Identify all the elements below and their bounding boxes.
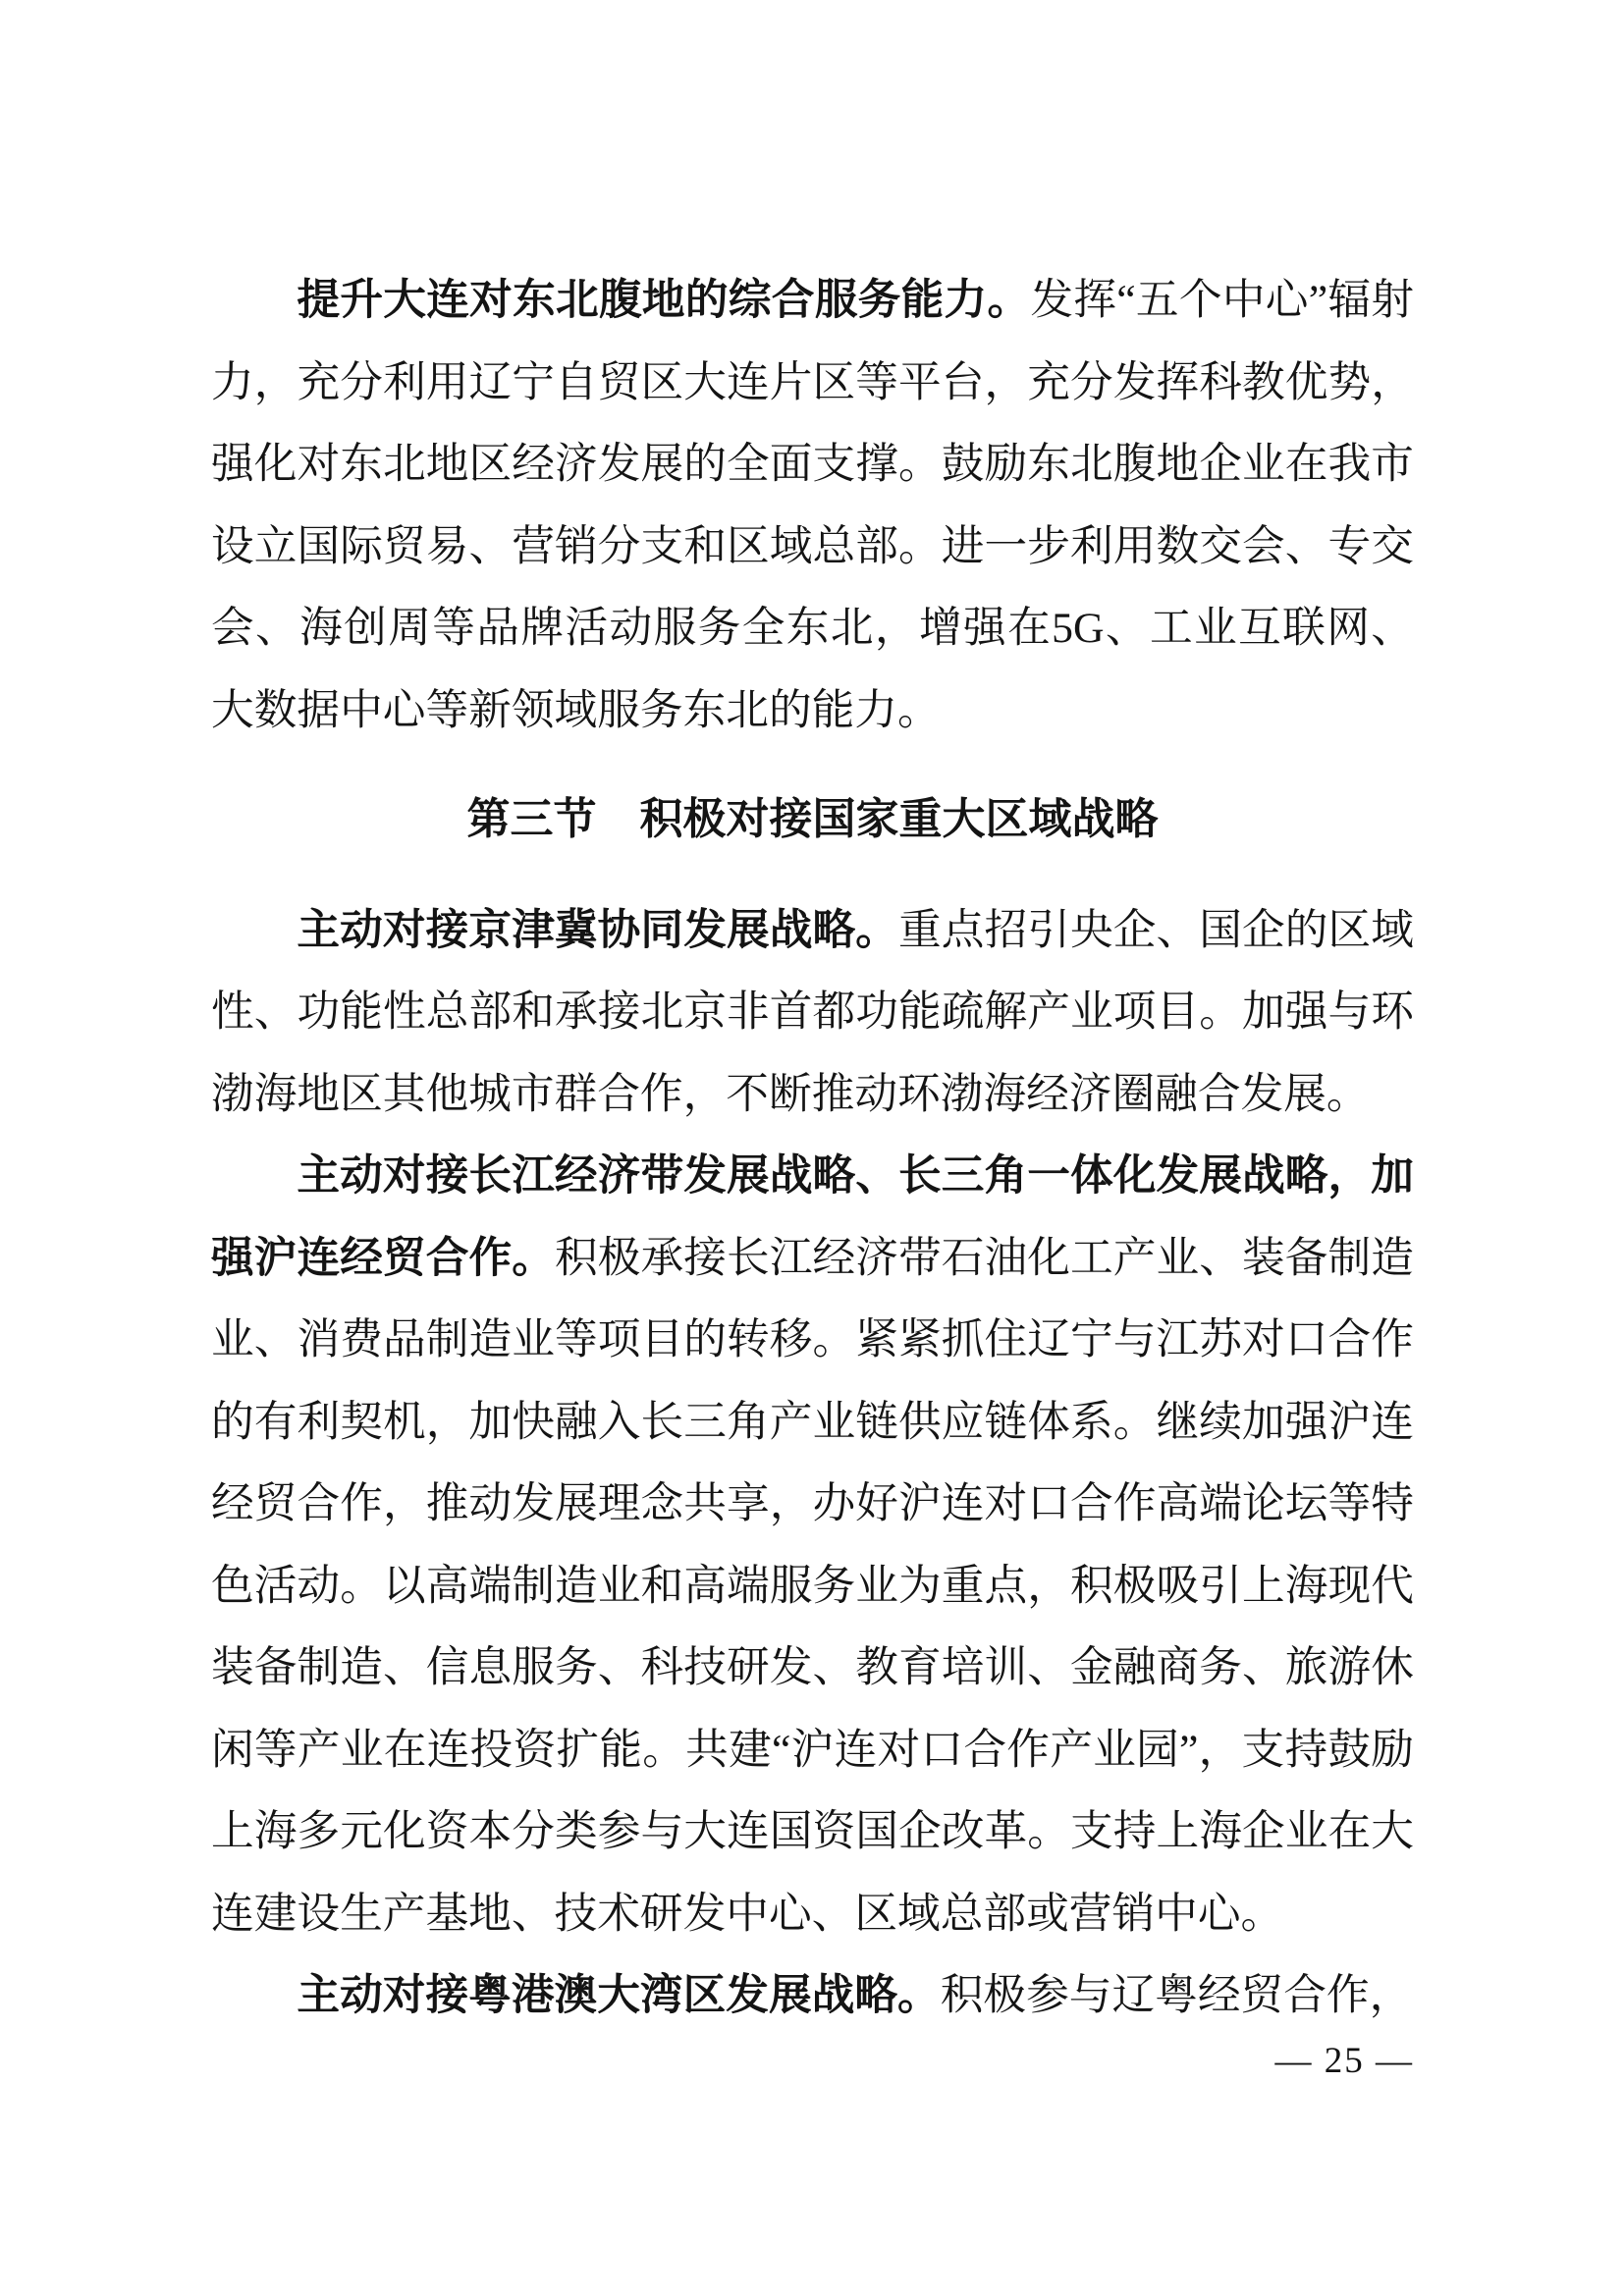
- section-heading: 第三节 积极对接国家重大区域战略: [211, 778, 1414, 861]
- paragraph-northeast-service: 提升大连对东北腹地的综合服务能力。发挥“五个中心”辐射力，充分利用辽宁自贸区大连…: [211, 260, 1414, 752]
- document-page: 提升大连对东北腹地的综合服务能力。发挥“五个中心”辐射力，充分利用辽宁自贸区大连…: [0, 0, 1624, 2296]
- document-body: 提升大连对东北腹地的综合服务能力。发挥“五个中心”辐射力，充分利用辽宁自贸区大连…: [211, 260, 1414, 2038]
- paragraph-lead-bold: 主动对接京津冀协同发展战略。: [297, 907, 898, 954]
- page-number: — 25 —: [1275, 2040, 1415, 2083]
- paragraph-text: 发挥“五个中心”辐射力，充分利用辽宁自贸区大连片区等平台，充分发挥科教优势，强化…: [211, 277, 1414, 734]
- paragraph-text: 积极承接长江经济带石油化工产业、装备制造业、消费品制造业等项目的转移。紧紧抓住辽…: [211, 1235, 1414, 1938]
- paragraph-greater-bay-area: 主动对接粤港澳大湾区发展战略。积极参与辽粤经贸合作，: [211, 1955, 1414, 2038]
- paragraph-lead-bold: 提升大连对东北腹地的综合服务能力。: [297, 277, 1030, 324]
- paragraph-text: 积极参与辽粤经贸合作，: [941, 1972, 1413, 2019]
- paragraph-jingjinji: 主动对接京津冀协同发展战略。重点招引央企、国企的区域性、功能性总部和承接北京非首…: [211, 890, 1414, 1137]
- paragraph-lead-bold: 主动对接粤港澳大湾区发展战略。: [297, 1972, 940, 2019]
- paragraph-yangtze-delta: 主动对接长江经济带发展战略、长三角一体化发展战略，加强沪连经贸合作。积极承接长江…: [211, 1136, 1414, 1955]
